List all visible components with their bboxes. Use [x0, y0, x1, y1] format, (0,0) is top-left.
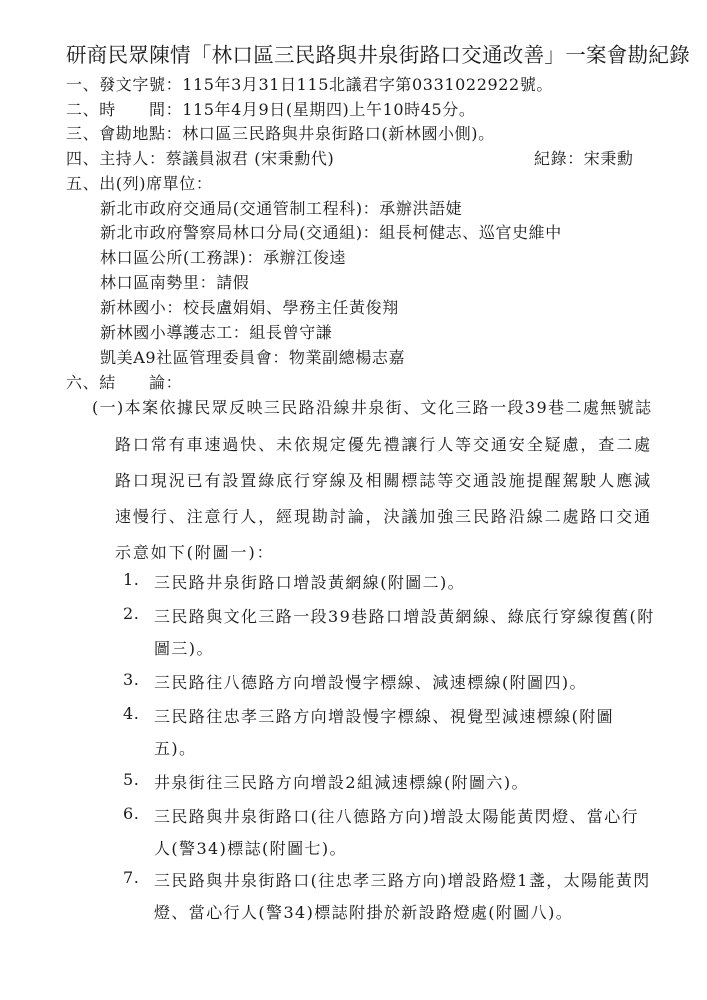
item-number: 1. — [123, 570, 139, 589]
item-text: 三民路與井泉街路口(往忠孝三路方向)增設路燈1盞，太陽能黃閃 — [154, 868, 651, 891]
section-conclusion-heading: 六、結 論： — [66, 370, 182, 393]
conclusion-1-line: 示意如下(附圖一)： — [115, 540, 275, 563]
attendee-item: 凱美A9社區管理委員會：物業副總楊志嘉 — [100, 345, 405, 368]
item-text: 五)。 — [154, 736, 196, 759]
document-title: 研商民眾陳情「林口區三民路與井泉街路口交通改善」一案會勘紀錄 — [66, 38, 646, 68]
item-text: 人(警34)標誌(附圖七)。 — [154, 836, 347, 859]
item-number: 7. — [123, 868, 139, 887]
section-time: 二、時 間：115年4月9日(星期四)上午10時45分。 — [66, 97, 476, 120]
conclusion-1-line: 路口現況已有設置綠底行穿線及相關標誌等交通設施提醒駕駛人應減 — [115, 468, 652, 491]
section-attendees-heading: 五、出(列)席單位： — [66, 171, 213, 194]
item-number: 6. — [123, 804, 139, 823]
attendee-item: 林口區公所(工務課)：承辦江俊逵 — [100, 245, 346, 268]
item-number: 3. — [123, 670, 139, 689]
item-number: 5. — [123, 770, 139, 789]
item-text: 圖三)。 — [154, 636, 214, 659]
conclusion-1-line: 路口常有車速過快、未依規定優先禮讓行人等交通安全疑慮，查二處 — [115, 432, 652, 455]
conclusion-1-line: 速慢行、注意行人，經現勘討論，決議加強三民路沿線二處路口交通 — [115, 504, 652, 527]
item-text: 三民路與井泉街路口(往八德路方向)增設太陽能黃閃燈、當心行 — [154, 804, 639, 827]
attendee-item: 新林國小：校長盧娟娟、學務主任黃俊翔 — [100, 295, 399, 318]
attendee-item: 新北市政府警察局林口分局(交通組)：組長柯健志、巡官史維中 — [100, 220, 562, 243]
section-host: 四、主持人：蔡議員淑君 (宋秉勳代) — [66, 146, 334, 169]
section-recorder: 紀錄：宋秉勳 — [534, 146, 634, 169]
item-text: 三民路井泉街路口增設黃網線(附圖二)。 — [154, 570, 465, 593]
attendee-item: 新林國小導護志工：組長曾守謙 — [100, 320, 332, 343]
item-text: 三民路與文化三路一段39巷路口增設黃網線、綠底行穿線復舊(附 — [154, 604, 655, 627]
section-document-number: 一、發文字號：115年3月31日115北議君字第0331022922號。 — [66, 72, 553, 95]
item-number: 4. — [123, 704, 139, 723]
item-number: 2. — [123, 604, 139, 623]
item-text: 燈、當心行人(警34)標誌附掛於新設路燈處(附圖八)。 — [154, 900, 573, 923]
section-location: 三、會勘地點：林口區三民路與井泉街路口(新林國小側)。 — [66, 121, 495, 144]
conclusion-1-line: (一)本案依據民眾反映三民路沿線井泉街、文化三路一段39巷二處無號誌 — [92, 395, 652, 418]
item-text: 三民路往忠孝三路方向增設慢字標線、視覺型減速標線(附圖 — [154, 704, 614, 727]
item-text: 井泉街往三民路方向增設2組減速標線(附圖六)。 — [154, 770, 529, 793]
meeting-minutes-page: 研商民眾陳情「林口區三民路與井泉街路口交通改善」一案會勘紀錄 一、發文字號：11… — [0, 0, 707, 1000]
attendee-item: 新北市政府交通局(交通管制工程科)：承辦洪語婕 — [100, 196, 462, 219]
item-text: 三民路往八德路方向增設慢字標線、減速標線(附圖四)。 — [154, 670, 587, 693]
attendee-item: 林口區南勢里：請假 — [100, 270, 249, 293]
